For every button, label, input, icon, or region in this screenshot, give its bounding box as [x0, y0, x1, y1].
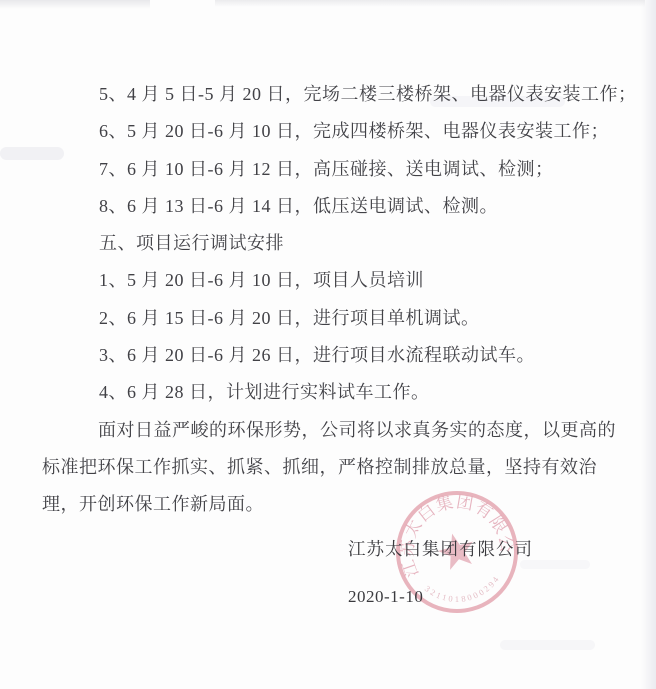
- document-body: 5、4 月 5 日-5 月 20 日，完场二楼三楼桥架、电器仪表安装工作； 6、…: [42, 76, 602, 524]
- signature-company: 江苏太白集团有限公司: [348, 536, 533, 561]
- doc-line: 4、6 月 28 日，计划进行实料试车工作。: [42, 374, 602, 411]
- doc-line: 3、6 月 20 日-6 月 26 日，进行项目水流程联动试车。: [42, 337, 602, 374]
- signature-block: 江苏太白集团有限公司 2020-1-10: [348, 536, 533, 607]
- doc-line: 1、5 月 20 日-6 月 10 日，项目人员培训: [42, 262, 602, 299]
- doc-line: 7、6 月 10 日-6 月 12 日，高压碰接、送电调试、检测；: [42, 151, 602, 188]
- scan-artifact: [641, 0, 656, 689]
- doc-line: 2、6 月 15 日-6 月 20 日，进行项目单机调试。: [42, 300, 602, 337]
- signature-date: 2020-1-10: [348, 587, 533, 607]
- closing-paragraph-line: 面对日益严峻的环保形势，公司将以求真务实的态度，以更高的: [42, 412, 602, 449]
- scanned-document-page: 5、4 月 5 日-5 月 20 日，完场二楼三楼桥架、电器仪表安装工作； 6、…: [0, 0, 656, 689]
- doc-section-heading: 五、项目运行调试安排: [42, 225, 602, 262]
- doc-line: 8、6 月 13 日-6 月 14 日，低压送电调试、检测。: [42, 188, 602, 225]
- scan-artifact: [215, 0, 645, 7]
- scan-artifact: [0, 0, 150, 9]
- doc-line: 5、4 月 5 日-5 月 20 日，完场二楼三楼桥架、电器仪表安装工作；: [42, 76, 602, 113]
- scan-artifact: [500, 640, 595, 650]
- doc-line: 6、5 月 20 日-6 月 10 日，完成四楼桥架、电器仪表安装工作；: [42, 113, 602, 150]
